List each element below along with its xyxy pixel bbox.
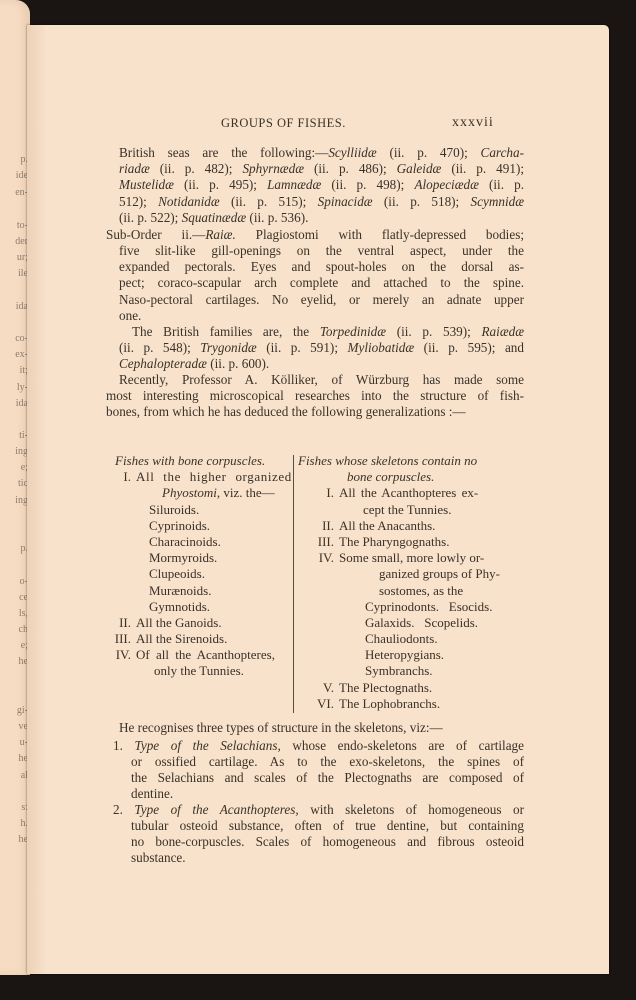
facing-page-edge: p.ideen-to-derur;ileidaco-ex-it;ly-idati… [0, 0, 30, 975]
no-bone-corpuscles-column: Fishes whose skeletons contain no bone c… [298, 453, 528, 712]
type-acanthopteres: 2. Type of the Acanthopteres, with skele… [113, 802, 524, 818]
suborder-raiae-paragraph: Sub-Order ii.—Raiæ. Plagiostomi with fla… [106, 227, 524, 243]
list-item: III.The Pharyngognaths. [298, 534, 528, 550]
suborder-raiae-body: five slit-like gill-openings on the vent… [119, 243, 524, 324]
list-item: only the Tunnies. [103, 663, 288, 679]
type-selachians-body: or ossified cartilage. As to the exo-ske… [131, 754, 524, 803]
facing-page-text-fragment: en- [0, 188, 30, 198]
facing-page-text-fragment: ch [0, 625, 30, 635]
column-heading: Fishes whose skeletons contain no [298, 453, 477, 468]
facing-page-text-fragment: ing [0, 447, 30, 457]
bone-corpuscles-column: Fishes with bone corpuscles. I.All the h… [103, 453, 288, 680]
facing-page-text-fragment: ing [0, 496, 30, 506]
facing-page-text-fragment: e; [0, 641, 30, 651]
list-item: II.All the Ganoids. [103, 615, 288, 631]
facing-page-text-fragment: al [0, 771, 30, 781]
facing-page-text-fragment: ide [0, 171, 30, 181]
list-item: II.All the Anacanths. [298, 518, 528, 534]
facing-page-text-fragment: he [0, 657, 30, 667]
facing-page-text-fragment: e; [0, 463, 30, 473]
list-item: Mormyroids. [103, 550, 288, 566]
facing-page-text-fragment: ti- [0, 431, 30, 441]
list-item: Cyprinodonts. Esocids. [298, 599, 528, 615]
book-page: GROUPS OF FISHES. xxxvii British seas ar… [27, 25, 609, 974]
list-item: IV.Some small, more lowly or- [298, 550, 528, 566]
types-intro: He recognises three types of structure i… [119, 720, 524, 736]
facing-page-text-fragment: p. [0, 155, 30, 165]
list-item: ganized groups of Phy- [298, 566, 528, 582]
type-selachians: 1. Type of the Selachians, whose endo-sk… [113, 738, 524, 754]
facing-page-text-fragment: o- [0, 577, 30, 587]
facing-page-text-fragment: tic [0, 479, 30, 489]
running-title: GROUPS OF FISHES. [221, 116, 346, 131]
list-item: Clupeoids. [103, 566, 288, 582]
facing-page-text-fragment: s: [0, 803, 30, 813]
facing-page-text-fragment: he [0, 754, 30, 764]
list-item: Galaxids. Scopelids. [298, 615, 528, 631]
list-item: I.All the higher organized [103, 469, 288, 485]
facing-page-text-fragment: u- [0, 738, 30, 748]
list-item: IV.Of all the Acanthopteres, [103, 647, 288, 663]
facing-page-text-fragment: ls, [0, 609, 30, 619]
type-acanthopteres-body: tubular osteoid substance, often of true… [131, 818, 524, 867]
facing-page-text-fragment: der [0, 237, 30, 247]
kolliker-paragraph: Recently, Professor A. Kölliker, of Würz… [106, 372, 524, 421]
facing-page-text-fragment: p. [0, 544, 30, 554]
list-item: Murænoids. [103, 583, 288, 599]
list-item: Siluroids. [103, 502, 288, 518]
list-item: Heteropygians. [298, 647, 528, 663]
british-families-paragraph: The British families are, the Torpedinid… [119, 324, 524, 373]
facing-page-text-fragment: ce [0, 593, 30, 603]
facing-page-text-fragment: ex- [0, 350, 30, 360]
facing-page-text-fragment: ly- [0, 383, 30, 393]
facing-page-text-fragment: he [0, 835, 30, 845]
list-item: V.The Plectognaths. [298, 680, 528, 696]
facing-page-text-fragment: ida [0, 399, 30, 409]
facing-page-text-fragment: ile [0, 269, 30, 279]
list-item: Symbranchs. [298, 663, 528, 679]
column-divider [293, 455, 294, 713]
list-item: Chauliodonts. [298, 631, 528, 647]
list-item: Cyprinoids. [103, 518, 288, 534]
facing-page-text-fragment: h. [0, 819, 30, 829]
column-heading: Fishes with bone corpuscles. [115, 453, 265, 468]
list-item: VI.The Lophobranchs. [298, 696, 528, 712]
list-item: Characinoids. [103, 534, 288, 550]
page-number: xxxvii [452, 115, 494, 131]
list-item: I.All the Acanthopteres ex- [298, 485, 528, 501]
list-item: cept the Tunnies. [298, 502, 528, 518]
facing-page-text-fragment: it; [0, 366, 30, 376]
list-item: sostomes, as the [298, 583, 528, 599]
facing-page-text-fragment: co- [0, 334, 30, 344]
list-item: Gymnotids. [103, 599, 288, 615]
facing-page-text-fragment: ida [0, 302, 30, 312]
list-item: Phyostomi, viz. the— [103, 485, 288, 501]
facing-page-text-fragment: gi- [0, 706, 30, 716]
british-seas-paragraph: British seas are the following:—Scylliid… [119, 145, 524, 226]
facing-page-text-fragment: ur; [0, 253, 30, 263]
page-header: GROUPS OF FISHES. xxxvii [27, 116, 609, 132]
facing-page-text-fragment: to- [0, 221, 30, 231]
facing-page-text-fragment: ve [0, 722, 30, 732]
list-item: III.All the Sirenoids. [103, 631, 288, 647]
